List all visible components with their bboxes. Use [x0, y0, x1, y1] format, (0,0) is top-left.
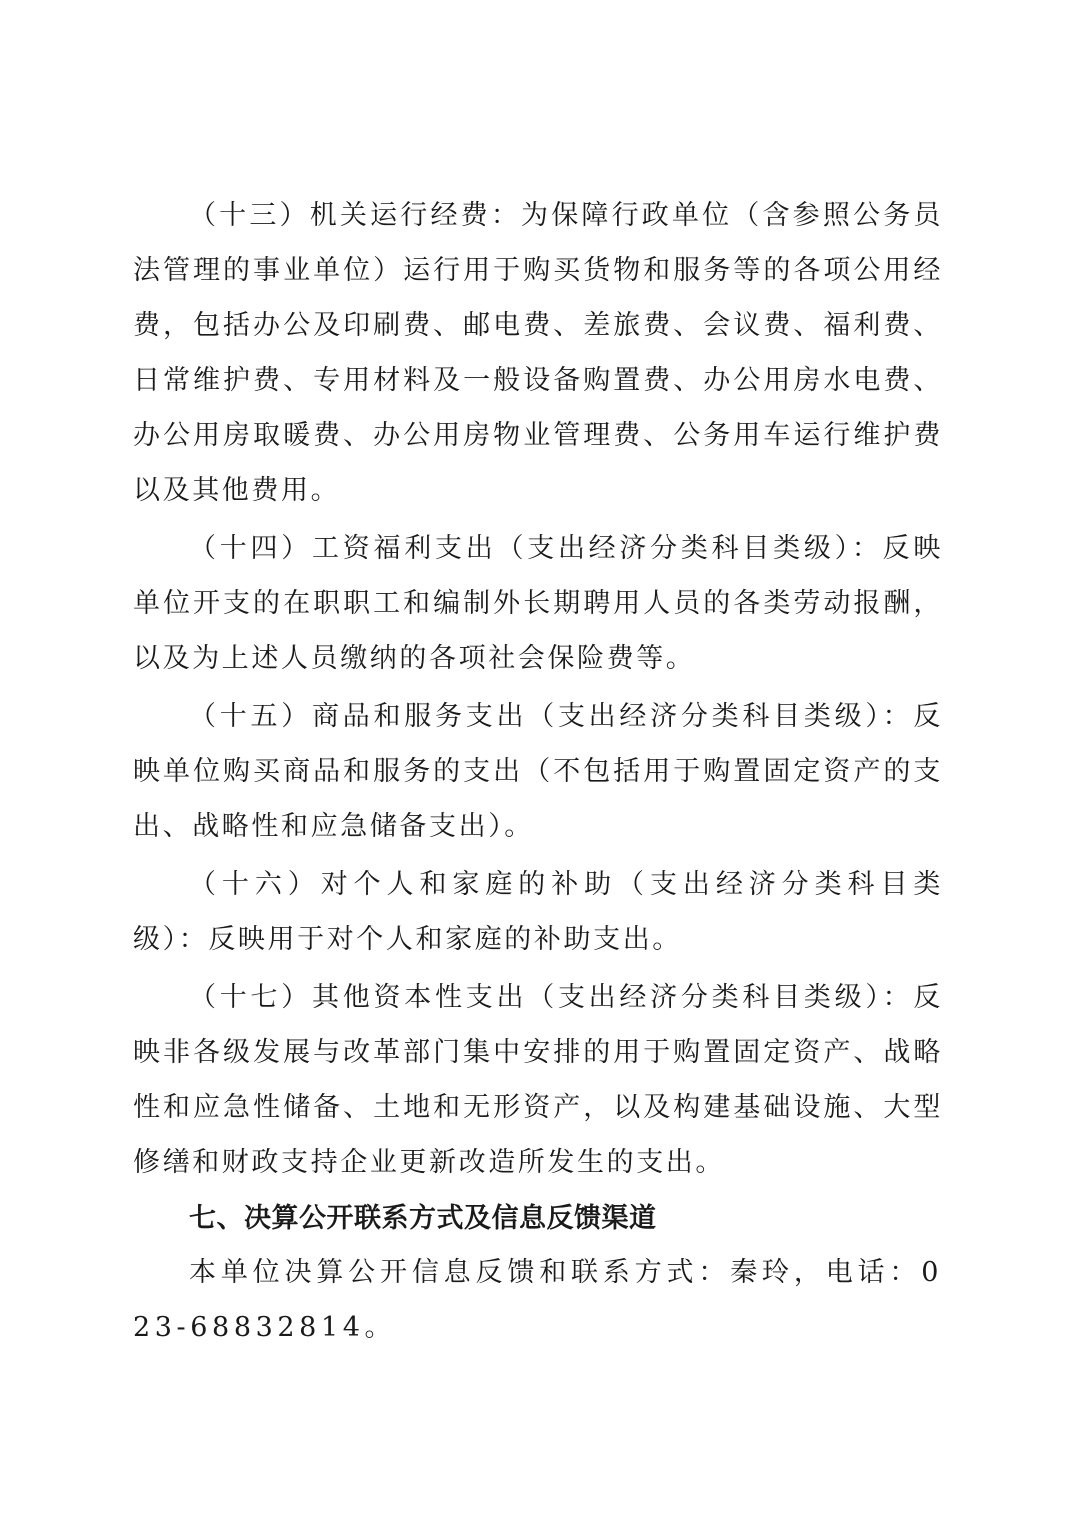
paragraph-lead: （十四）工资福利支出（支出经济分类科目类级）：: [189, 533, 883, 564]
paragraph-text: 为保障行政单位（含参照公务员法管理的事业单位）运行用于购买货物和服务等的各项公用…: [133, 200, 943, 506]
paragraph-16: （十六）对个人和家庭的补助（支出经济分类科目类级）：反映用于对个人和家庭的补助支…: [133, 857, 943, 967]
contact-paragraph: 本单位决算公开信息反馈和联系方式：秦玲，电话：023-68832814。: [133, 1245, 943, 1355]
paragraph-lead: （十五）商品和服务支出（支出经济分类科目类级）：: [189, 701, 913, 732]
paragraph-text: 反映用于对个人和家庭的补助支出。: [208, 924, 682, 955]
paragraph-14: （十四）工资福利支出（支出经济分类科目类级）：反映单位开支的在职职工和编制外长期…: [133, 521, 943, 686]
paragraph-lead: （十三）机关运行经费：: [189, 200, 521, 231]
section-heading: 七、决算公开联系方式及信息反馈渠道: [133, 1193, 943, 1245]
document-page: （十三）机关运行经费：为保障行政单位（含参照公务员法管理的事业单位）运行用于购买…: [133, 188, 943, 1358]
paragraph-lead: （十七）其他资本性支出（支出经济分类科目类级）：: [189, 982, 913, 1013]
paragraph-13: （十三）机关运行经费：为保障行政单位（含参照公务员法管理的事业单位）运行用于购买…: [133, 188, 943, 518]
paragraph-17: （十七）其他资本性支出（支出经济分类科目类级）：反映非各级发展与改革部门集中安排…: [133, 970, 943, 1190]
paragraph-15: （十五）商品和服务支出（支出经济分类科目类级）：反映单位购买商品和服务的支出（不…: [133, 689, 943, 854]
